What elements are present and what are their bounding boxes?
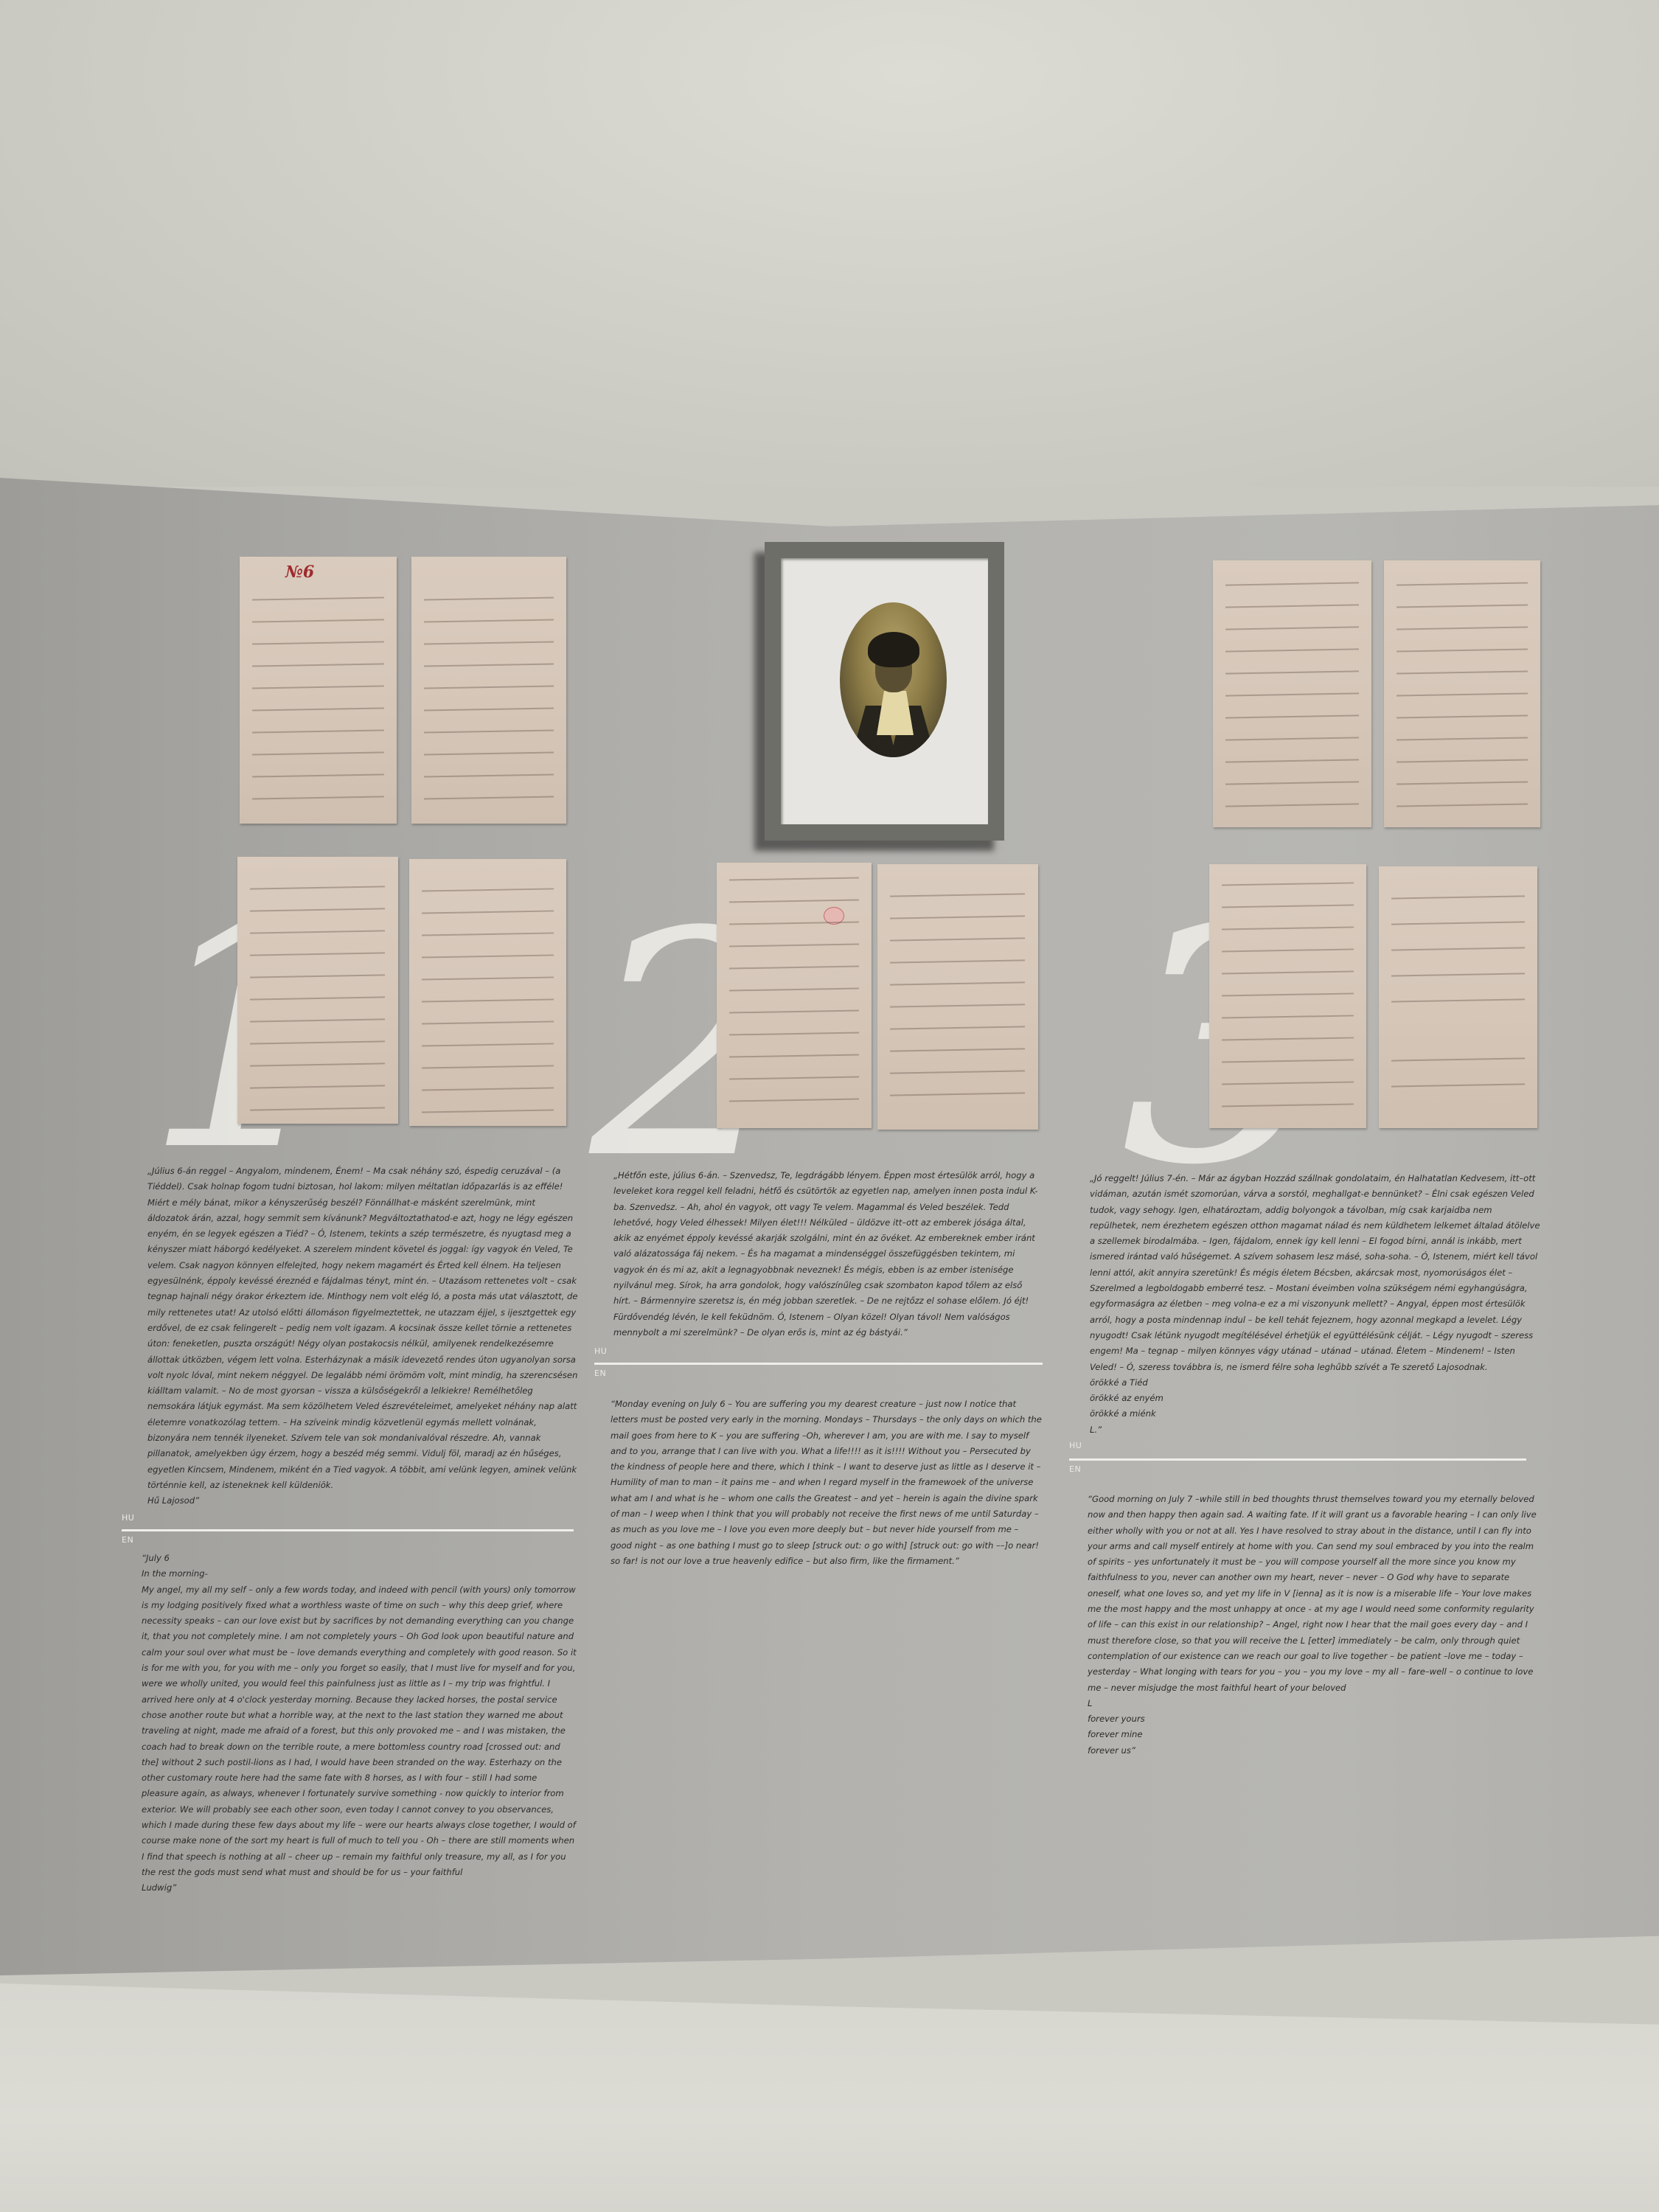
divider-1 [122, 1529, 574, 1531]
manuscript-page-2b [877, 864, 1038, 1130]
letter-2-hu-text: „Hétfőn este, július 6-án. – Szenvedsz, … [613, 1168, 1041, 1340]
letter-2-hungarian: „Hétfőn este, július 6-án. – Szenvedsz, … [613, 1168, 1041, 1340]
letter-1-hu-text: „Július 6-án reggel – Angyalom, mindenem… [147, 1164, 579, 1509]
lang-label-en-1: EN [122, 1535, 133, 1545]
lang-label-en-2: EN [594, 1368, 606, 1378]
divider-3 [1069, 1458, 1526, 1461]
manuscript-page-3c [1209, 864, 1366, 1128]
manuscript-page-1b [411, 557, 566, 824]
letter-1-hungarian: „Július 6-án reggel – Angyalom, mindenem… [147, 1164, 579, 1509]
letter-1-english: “July 6 In the morning- My angel, my all… [142, 1551, 577, 1896]
manuscript-page-3b [1384, 560, 1540, 827]
manuscript-page-1a: №6 [240, 557, 397, 824]
beethoven-portrait [840, 602, 947, 757]
letter-3-hu-text: „Jó reggelt! Július 7-én. – Már az ágyba… [1090, 1171, 1541, 1438]
manuscript-page-1d [409, 859, 566, 1126]
manuscript-page-3d [1379, 866, 1537, 1128]
lang-label-hu-1: HU [122, 1513, 134, 1523]
lang-label-hu-2: HU [594, 1346, 607, 1356]
letter-2-en-text: “Monday evening on July 6 – You are suff… [611, 1397, 1042, 1569]
portrait-mat [781, 558, 988, 824]
number-stamp: №6 [285, 563, 314, 582]
manuscript-page-2a [717, 863, 872, 1128]
lang-label-hu-3: HU [1069, 1441, 1082, 1450]
letter-1-en-text: “July 6 In the morning- My angel, my all… [142, 1551, 577, 1896]
upper-wall [0, 0, 1659, 487]
letter-2-english: “Monday evening on July 6 – You are suff… [611, 1397, 1042, 1569]
manuscript-page-1c [237, 857, 398, 1124]
lang-label-en-3: EN [1069, 1464, 1081, 1474]
letter-3-en-text: “Good morning on July 7 –while still in … [1088, 1492, 1539, 1759]
letter-3-english: “Good morning on July 7 –while still in … [1088, 1492, 1539, 1759]
letter-3-hungarian: „Jó reggelt! Július 7-én. – Már az ágyba… [1090, 1171, 1541, 1438]
lower-wall [0, 1983, 1659, 2212]
divider-2 [594, 1363, 1043, 1365]
manuscript-page-3a [1213, 560, 1371, 827]
portrait-frame [765, 542, 1004, 841]
